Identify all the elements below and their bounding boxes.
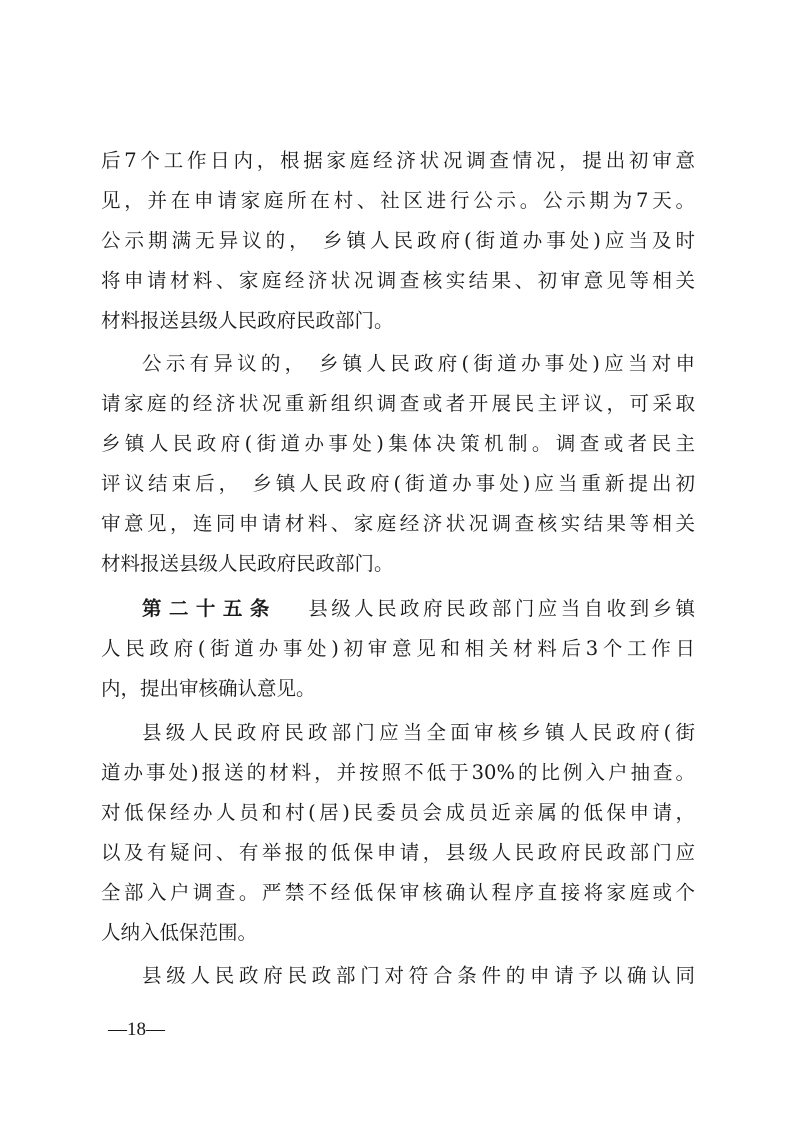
article-heading: 第二十五条 [142,597,277,620]
text-line: 以及有疑问、有举报的低保申请，县级人民政府民政部门应 [101,834,695,872]
paragraph-start-line: 公示有异议的， 乡镇人民政府(街道办事处)应当对申 [101,345,695,383]
article-25-first-line: 第二十五条县级人民政府民政部门应当自收到乡镇 [101,590,695,628]
text-line: 乡镇人民政府(街道办事处)集体决策机制。调查或者民主 [101,425,695,463]
article-text: 县级人民政府民政部门应当自收到乡镇 [305,597,695,620]
text-line: 内，提出审核确认意见。 [101,670,695,708]
text-line: 审意见，连同申请材料、家庭经济状况调查核实结果等相关 [101,505,695,543]
text-line: 将申请材料、家庭经济状况调查核实结果、初审意见等相关 [101,262,695,300]
text-line: 评议结束后， 乡镇人民政府(街道办事处)应当重新提出初 [101,465,695,503]
page-number: —18— [108,1019,165,1041]
paragraph-start-line: 县级人民政府民政部门应当全面审核乡镇人民政府(街 [101,714,695,752]
text-line: 材料报送县级人民政府民政部门。 [101,545,695,583]
text-line: 见，并在申请家庭所在村、社区进行公示。公示期为7天。 [101,182,695,220]
text-line: 对低保经办人员和村(居)民委员会成员近亲属的低保申请， [101,794,695,832]
paragraph-start-line: 县级人民政府民政部门对符合条件的申请予以确认同 [101,957,695,995]
text-line: 公示期满无异议的， 乡镇人民政府(街道办事处)应当及时 [101,222,695,260]
text-line: 人纳入低保范围。 [101,914,695,952]
text-line: 后7个工作日内，根据家庭经济状况调查情况，提出初审意 [101,142,695,180]
text-line: 人民政府(街道办事处)初审意见和相关材料后3个工作日 [101,630,695,668]
text-line: 请家庭的经济状况重新组织调查或者开展民主评议，可采取 [101,385,695,423]
text-line: 材料报送县级人民政府民政部门。 [101,302,695,340]
text-line: 道办事处)报送的材料，并按照不低于30%的比例入户抽查。 [101,754,695,792]
text-line: 全部入户调查。严禁不经低保审核确认程序直接将家庭或个 [101,874,695,912]
